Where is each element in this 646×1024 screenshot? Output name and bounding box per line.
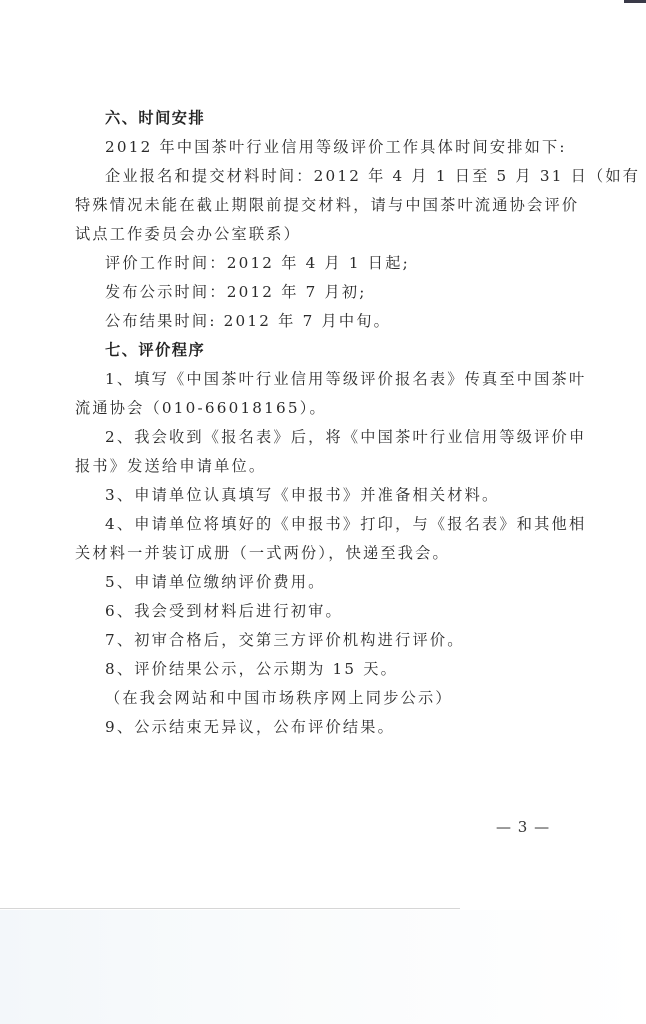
scan-corner-mark xyxy=(624,0,646,3)
list-item: 7、初审合格后，交第三方评价机构进行评价。 xyxy=(105,630,465,650)
paragraph-line: 发布公示时间：2012 年 7 月初; xyxy=(105,282,367,302)
list-item: 1、填写《中国茶叶行业信用等级评价报名表》传真至中国茶叶 xyxy=(105,369,586,389)
paragraph-line: 2012 年中国茶叶行业信用等级评价工作具体时间安排如下: xyxy=(105,137,567,157)
page-number: — 3 — xyxy=(496,818,550,836)
list-item-continuation: 报书》发送给申请单位。 xyxy=(75,456,266,476)
list-item-note: （在我会网站和中国市场秩序网上同步公示） xyxy=(105,688,453,708)
section-heading-procedure: 七、评价程序 xyxy=(105,340,205,360)
paragraph-line: 试点工作委员会办公室联系） xyxy=(75,224,301,244)
scan-margin xyxy=(0,910,646,1024)
paragraph-line: 公布结果时间: 2012 年 7 月中旬。 xyxy=(105,311,391,331)
list-item: 5、申请单位缴纳评价费用。 xyxy=(105,572,326,592)
section-heading-schedule: 六、时间安排 xyxy=(105,108,205,128)
list-item: 8、评价结果公示，公示期为 15 天。 xyxy=(105,659,398,679)
list-item: 9、公示结束无异议，公布评价结果。 xyxy=(105,717,395,737)
paragraph-line: 企业报名和提交材料时间：2012 年 4 月 1 日至 5 月 31 日（如有 xyxy=(105,166,640,186)
list-item: 2、我会收到《报名表》后，将《中国茶叶行业信用等级评价申 xyxy=(105,427,586,447)
page-divider xyxy=(0,908,460,909)
list-item: 4、申请单位将填好的《申报书》打印，与《报名表》和其他相 xyxy=(105,514,586,534)
list-item-continuation: 关材料一并装订成册（一式两份），快递至我会。 xyxy=(75,543,450,563)
document-page: 六、时间安排 2012 年中国茶叶行业信用等级评价工作具体时间安排如下: 企业报… xyxy=(0,0,646,1024)
paragraph-line: 评价工作时间：2012 年 4 月 1 日起; xyxy=(105,253,410,273)
list-item: 3、申请单位认真填写《申报书》并准备相关材料。 xyxy=(105,485,499,505)
paragraph-line: 特殊情况未能在截止期限前提交材料，请与中国茶叶流通协会评价 xyxy=(75,195,579,215)
list-item: 6、我会受到材料后进行初审。 xyxy=(105,601,343,621)
list-item-continuation: 流通协会（010-66018165）。 xyxy=(75,398,327,418)
